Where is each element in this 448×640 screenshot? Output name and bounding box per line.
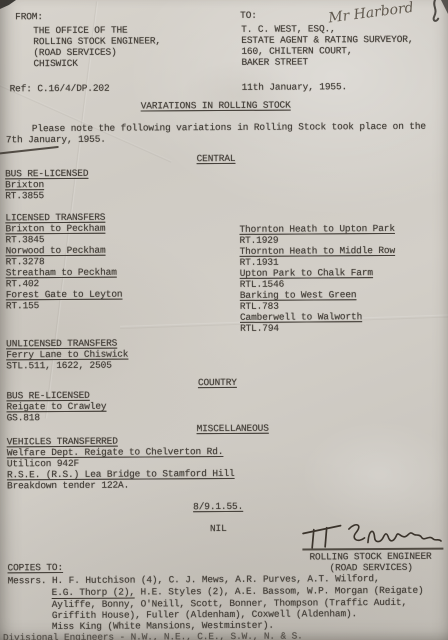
stock-number: RT.1931 bbox=[240, 257, 279, 268]
copies-line: Messrs. H. F. Hutchison (4), C. J. Mews,… bbox=[8, 573, 380, 586]
copies-line: Divisional Engineers - N.W., N.E., C.E.,… bbox=[3, 631, 303, 640]
intro-line: 7th January, 1955. bbox=[6, 134, 106, 146]
stock-number: RT.402 bbox=[6, 278, 39, 289]
from-address-line: (ROAD SERVICES) bbox=[33, 47, 116, 59]
stock-number: RTL.783 bbox=[240, 301, 279, 312]
page-title: VARIATIONS IN ROLLING STOCK bbox=[0, 99, 433, 113]
transfer-route: Welfare Dept. Reigate to Chelverton Rd. bbox=[7, 446, 224, 458]
copies-line-rest: H.E. Styles (2), A.E. Bassom, W.P. Morga… bbox=[135, 585, 424, 598]
transfer-route: Ferry Lane to Chiswick bbox=[6, 349, 128, 361]
to-label: TO: bbox=[240, 10, 257, 21]
stock-number: Breakdown tender 122A. bbox=[7, 480, 129, 492]
section-heading-miscellaneous: MISCELLANEOUS bbox=[31, 422, 435, 435]
stock-number: RT.3278 bbox=[6, 256, 45, 267]
stock-number: RT.3855 bbox=[5, 190, 44, 201]
transfer-route: Streatham to Peckham bbox=[6, 267, 117, 279]
signoff-title: ROLLING STOCK ENGINEER bbox=[309, 551, 431, 563]
handwritten-underlined-name: E.G. Thorp (2), bbox=[52, 587, 135, 600]
transfer-route: Upton Park to Chalk Farm bbox=[240, 267, 373, 279]
scanned-memo-page: Mr Harbord FROM: THE OFFICE OF THE ROLLI… bbox=[0, 0, 448, 640]
section-heading-central: CENTRAL bbox=[0, 152, 433, 166]
intro-line: Please note the following variations in … bbox=[32, 121, 426, 134]
reference-number: Ref: C.16/4/DP.202 bbox=[10, 83, 110, 95]
copies-label: COPIES TO: bbox=[7, 562, 63, 573]
to-address-line: BAKER STREET bbox=[241, 56, 308, 67]
transfer-route: Thornton Heath to Upton Park bbox=[239, 223, 395, 235]
subsection-heading: LICENSED TRANSFERS bbox=[5, 212, 105, 224]
stock-number: GS.818 bbox=[7, 412, 40, 423]
stock-number: RT.3845 bbox=[5, 234, 44, 245]
from-address-line: ROLLING STOCK ENGINEER, bbox=[33, 35, 161, 47]
handwritten-recipient-note: Mr Harbord bbox=[327, 0, 414, 27]
transfer-route: Reigate to Crawley bbox=[6, 401, 106, 413]
pen-flourish-mark bbox=[426, 0, 444, 25]
transfer-route: Forest Gate to Leyton bbox=[6, 289, 123, 301]
transfer-route: R.S.E. (R.S.) Lea Bridge to Stamford Hil… bbox=[7, 468, 235, 480]
memo-content: Mr Harbord FROM: THE OFFICE OF THE ROLLI… bbox=[0, 0, 448, 640]
section-heading-country: COUNTRY bbox=[0, 376, 434, 390]
stock-number: RT.1929 bbox=[239, 235, 278, 246]
to-address-line: T. C. WEST, ESQ., bbox=[241, 23, 335, 35]
from-address-line: CHISWICK bbox=[33, 58, 77, 69]
stock-number: RT.155 bbox=[6, 300, 39, 311]
from-address-line: THE OFFICE OF THE bbox=[33, 25, 127, 37]
stock-number: RTL.1546 bbox=[240, 279, 284, 290]
stock-number: RTL.794 bbox=[240, 323, 279, 334]
transfer-route: Barking to West Green bbox=[240, 289, 357, 301]
to-address-line: ESTATE AGENT & RATING SURVEYOR, bbox=[241, 34, 413, 46]
copies-line: E.G. Thorp (2), H.E. Styles (2), A.E. Ba… bbox=[52, 585, 424, 598]
transfer-route: Brixton to Peckham bbox=[5, 223, 105, 235]
subsection-heading: VEHICLES TRANSFERRED bbox=[7, 436, 118, 448]
report-date-reference: 8/9.1.55. bbox=[1, 500, 435, 514]
stock-number: Utilicon 942F bbox=[7, 458, 79, 469]
subsection-heading: BUS RE-LICENSED bbox=[6, 390, 89, 402]
from-label: FROM: bbox=[15, 11, 43, 22]
transfer-route: Camberwell to Walworth bbox=[240, 311, 362, 323]
subsection-heading: BUS RE-LICENSED bbox=[5, 168, 88, 180]
transfer-route: Thornton Heath to Middle Row bbox=[240, 245, 396, 257]
to-address-line: 160, CHILTERN COURT, bbox=[241, 45, 352, 57]
letter-date: 11th January, 1955. bbox=[242, 81, 348, 93]
transfer-route: Brixton bbox=[5, 179, 44, 190]
signoff-subtitle: (ROAD SERVICES) bbox=[329, 562, 412, 574]
stock-number: STL.511, 1622, 2505 bbox=[6, 360, 112, 372]
transfer-route: Norwood to Peckham bbox=[6, 245, 106, 257]
subsection-heading: UNLICENSED TRANSFERS bbox=[6, 338, 117, 350]
